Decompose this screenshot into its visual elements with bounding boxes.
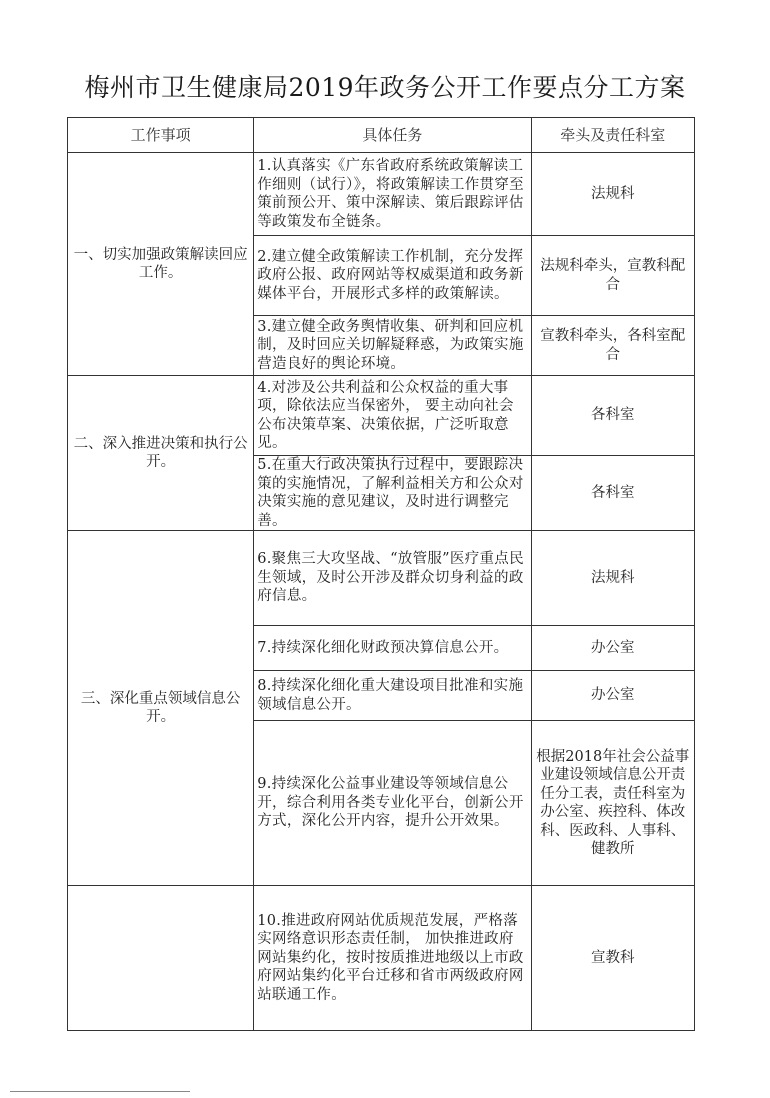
work-item-cell: 三、深化重点领域信息公开。 <box>68 531 254 886</box>
work-item-cell <box>68 886 254 1031</box>
dept-cell: 法规科 <box>531 531 694 626</box>
dept-cell: 各科室 <box>531 456 694 531</box>
table-row: 10.推进政府网站优质规范发展，严格落实网络意识形态责任制， 加快推进政府网站集… <box>68 886 695 1031</box>
task-cell: 8.持续深化细化重大建设项目批准和实施领域信息公开。 <box>254 671 531 721</box>
work-item-cell: 二、深入推进决策和执行公开。 <box>68 376 254 531</box>
task-cell: 2.建立健全政策解读工作机制，充分发挥政府公报、政府网站等权威渠道和政务新媒体平… <box>254 236 531 316</box>
dept-cell: 宣教科牵头，各科室配合 <box>531 316 694 376</box>
table-row: 三、深化重点领域信息公开。 6.聚焦三大攻坚战、“放管服”医疗重点民生领域，及时… <box>68 531 695 626</box>
task-cell: 6.聚焦三大攻坚战、“放管服”医疗重点民生领域，及时公开涉及群众切身利益的政府信… <box>254 531 531 626</box>
dept-cell: 办公室 <box>531 671 694 721</box>
dept-cell: 法规科牵头，宣教科配合 <box>531 236 694 316</box>
header-work-item: 工作事项 <box>68 118 254 153</box>
task-cell: 3.建立健全政务舆情收集、研判和回应机制，及时回应关切解疑释惑，为政策实施营造良… <box>254 316 531 376</box>
header-specific-task: 具体任务 <box>254 118 531 153</box>
table-row: 一、切实加强政策解读回应工作。 1.认真落实《广东省政府系统政策解读工作细则（试… <box>68 153 695 236</box>
table-row: 二、深入推进决策和执行公开。 4.对涉及公共利益和公众权益的重大事项，除依法应当… <box>68 376 695 456</box>
task-cell: 4.对涉及公共利益和公众权益的重大事项，除依法应当保密外， 要主动向社会公布决策… <box>254 376 531 456</box>
table-header-row: 工作事项 具体任务 牵头及责任科室 <box>68 118 695 153</box>
dept-cell: 办公室 <box>531 626 694 671</box>
task-cell: 7.持续深化细化财政预决算信息公开。 <box>254 626 531 671</box>
work-plan-table: 工作事项 具体任务 牵头及责任科室 一、切实加强政策解读回应工作。 1.认真落实… <box>67 117 695 1031</box>
work-item-cell: 一、切实加强政策解读回应工作。 <box>68 153 254 376</box>
task-cell: 5.在重大行政决策执行过程中，要跟踪决策的实施情况，了解利益相关方和公众对决策实… <box>254 456 531 531</box>
footer-divider <box>10 1091 190 1092</box>
document-title: 梅州市卫生健康局2019年政务公开工作要点分工方案 <box>0 68 770 104</box>
task-cell: 1.认真落实《广东省政府系统政策解读工作细则（试行）》，将政策解读工作贯穿至策前… <box>254 153 531 236</box>
dept-cell: 根据2018年社会公益事业建设领域信息公开责任分工表，责任科室为办公室、疾控科、… <box>531 721 694 886</box>
dept-cell: 各科室 <box>531 376 694 456</box>
task-cell: 9.持续深化公益事业建设等领域信息公开，综合利用各类专业化平台，创新公开方式，深… <box>254 721 531 886</box>
dept-cell: 法规科 <box>531 153 694 236</box>
task-cell: 10.推进政府网站优质规范发展，严格落实网络意识形态责任制， 加快推进政府网站集… <box>254 886 531 1031</box>
dept-cell: 宣教科 <box>531 886 694 1031</box>
header-responsible-dept: 牵头及责任科室 <box>531 118 694 153</box>
